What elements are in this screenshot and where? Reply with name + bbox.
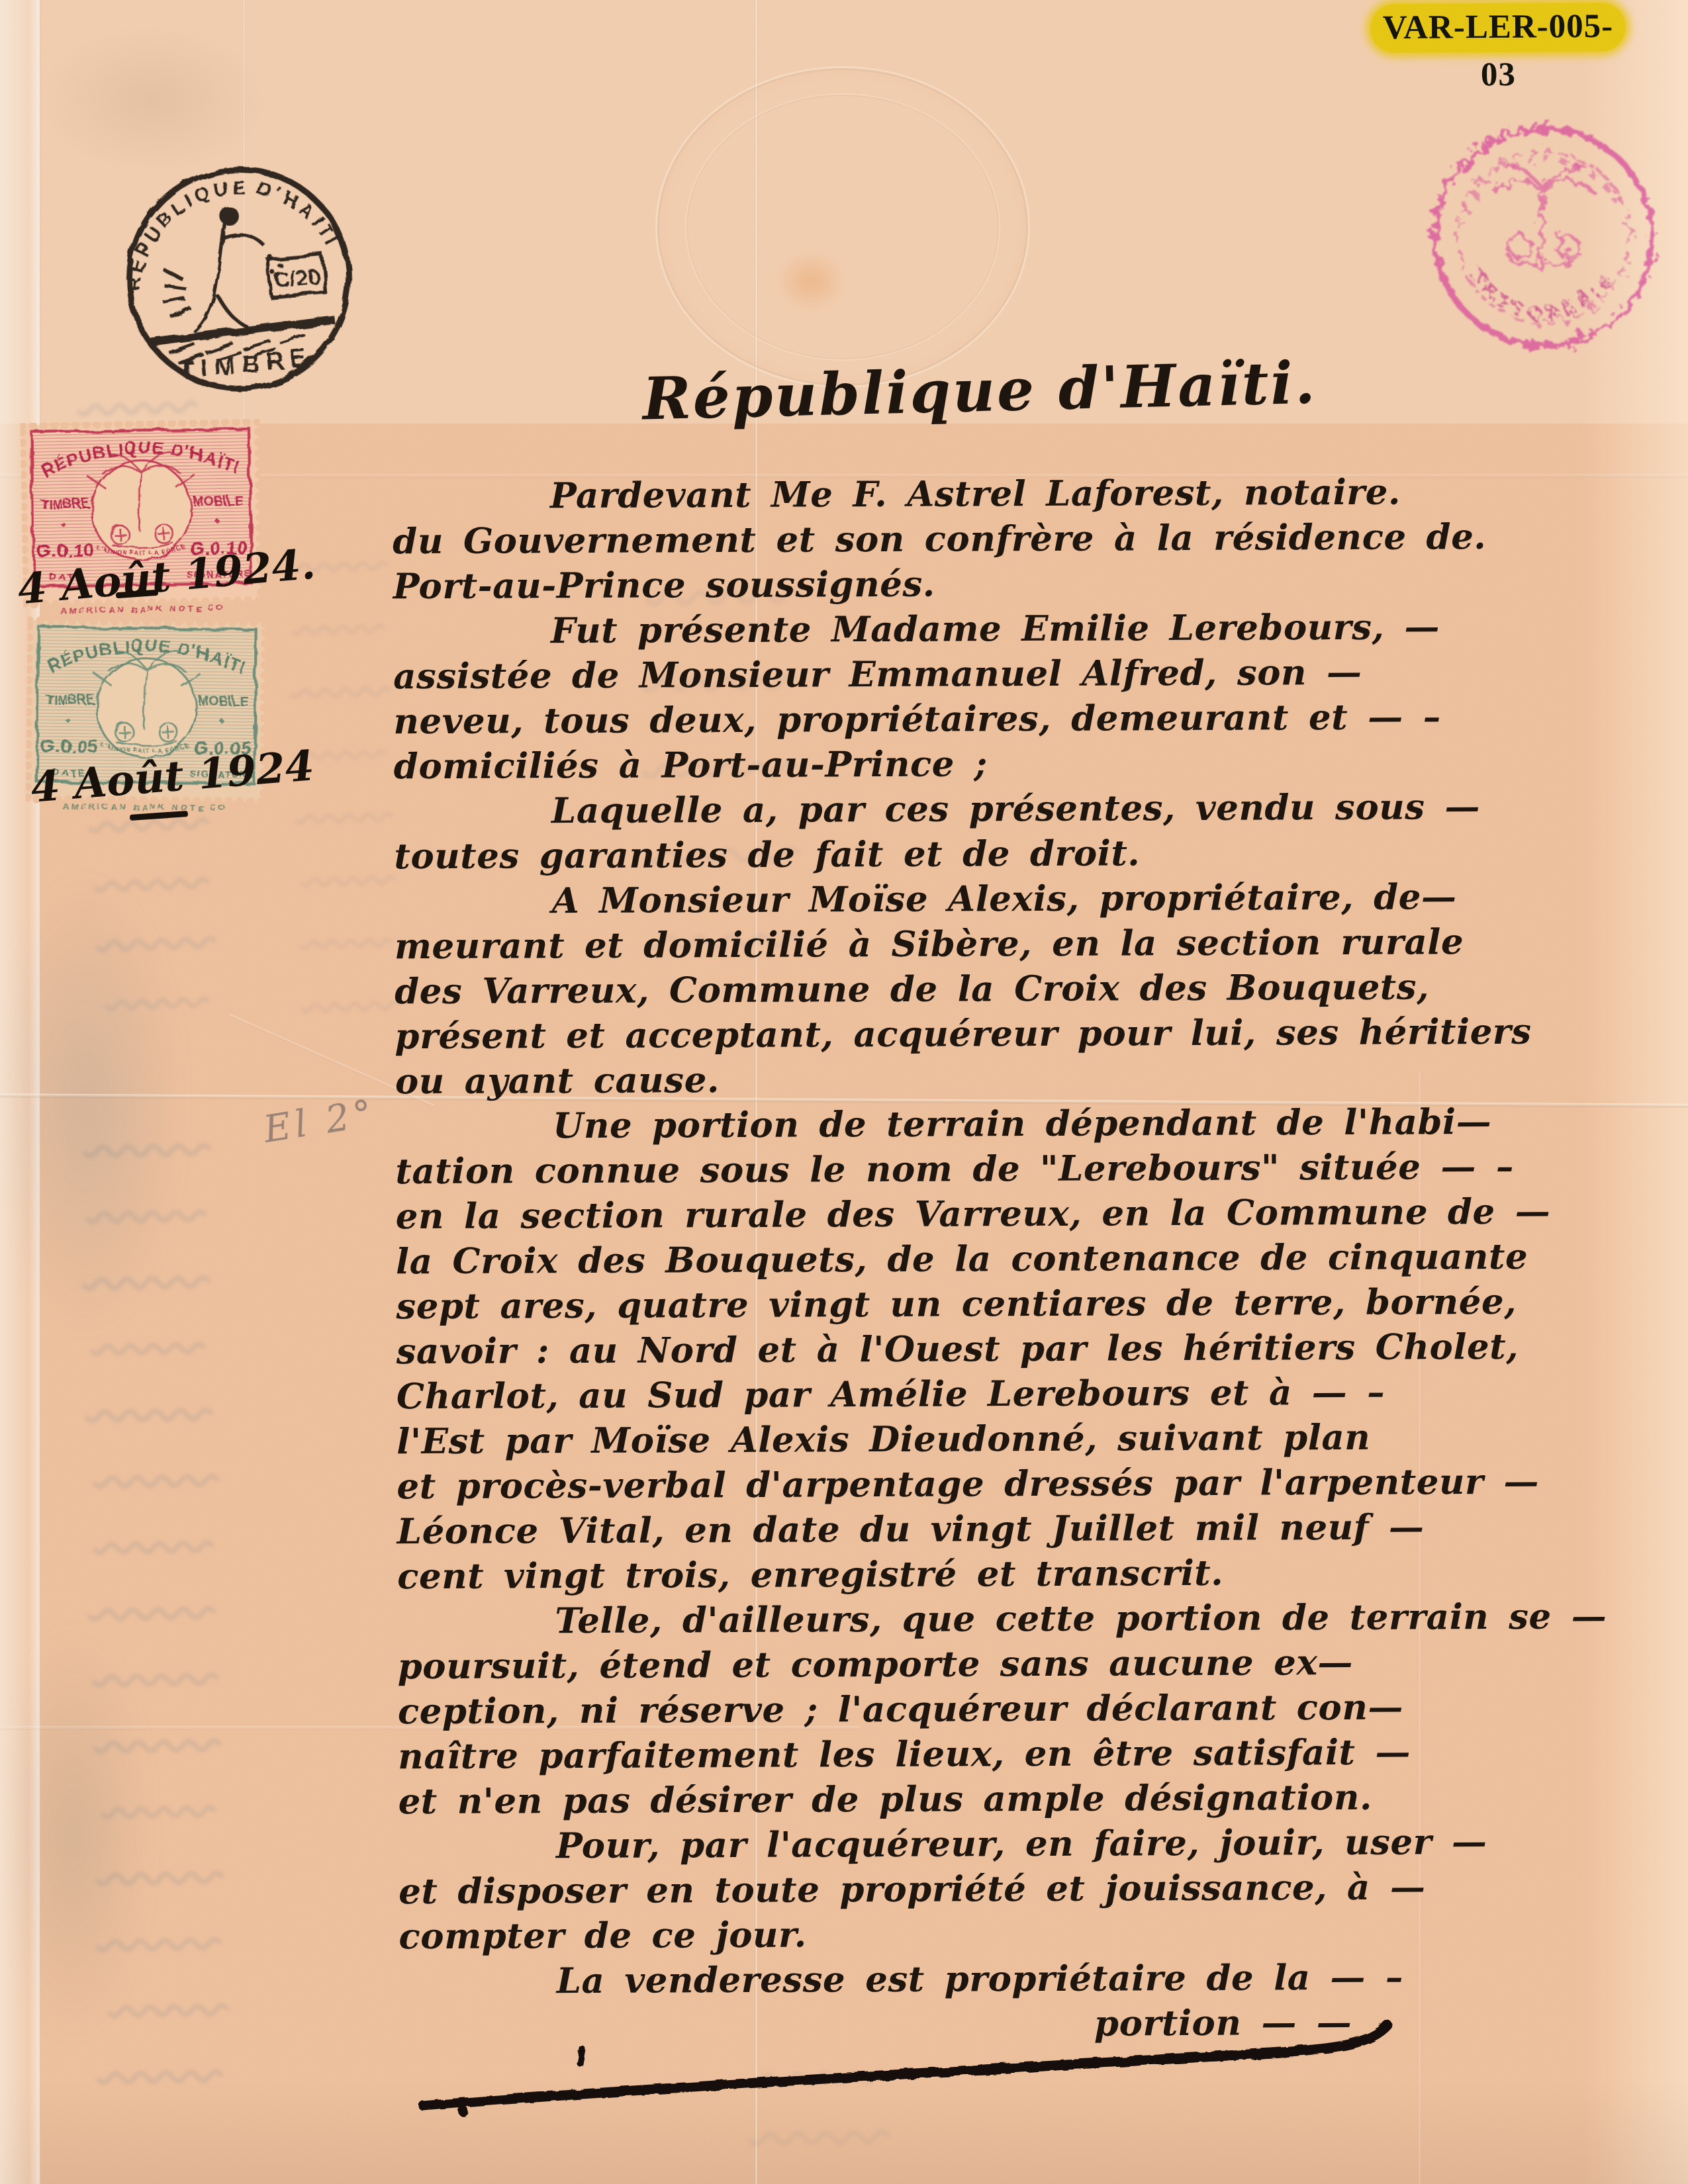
handwritten-line: présent et acceptant, acquéreur pour lui… bbox=[395, 1009, 1675, 1059]
handwritten-line: savoir : au Nord et à l'Ouest par les hé… bbox=[396, 1324, 1677, 1374]
handwritten-line: poursuit, étend et comporte sans aucune … bbox=[398, 1639, 1679, 1689]
handwritten-line: Fut présente Madame Emilie Lerebours, — bbox=[393, 604, 1674, 654]
deed-title: République d'Haïti. bbox=[549, 345, 1411, 435]
handwritten-line: cent vingt trois, enregistré et transcri… bbox=[397, 1549, 1678, 1599]
handwritten-line: Laquelle a, par ces présentes, vendu sou… bbox=[394, 784, 1675, 834]
handwritten-line: la Croix des Bouquets, de la contenance … bbox=[396, 1234, 1677, 1284]
handwritten-line: Telle, d'ailleurs, que cette portion de … bbox=[397, 1594, 1678, 1644]
handwritten-line: assistée de Monsieur Emmanuel Alfred, so… bbox=[393, 649, 1674, 699]
handwritten-line: Charlot, au Sud par Amélie Lerebours et … bbox=[397, 1369, 1677, 1419]
handwritten-line: naître parfaitement les lieux, en être s… bbox=[398, 1729, 1679, 1779]
handwritten-line: et n'en pas désirer de plus ample désign… bbox=[398, 1774, 1679, 1824]
handwritten-line: Une portion de terrain dépendant de l'ha… bbox=[395, 1099, 1676, 1149]
black-stamp-bottom-text: TIMBRE bbox=[177, 344, 316, 384]
handwritten-line: et disposer en toute propriété et jouiss… bbox=[399, 1864, 1679, 1914]
magenta-trésorerie-seal: TRESORERIE bbox=[1425, 118, 1663, 356]
handwritten-line: en la section rurale des Varreux, en la … bbox=[396, 1189, 1677, 1239]
handwritten-line: domiciliés à Port-au-Prince ; bbox=[394, 739, 1675, 789]
green-stamp-timbre-label: TIMBRE bbox=[45, 692, 95, 707]
handwritten-line: ou ayant cause. bbox=[395, 1054, 1676, 1104]
handwritten-line: portion — — bbox=[399, 1999, 1680, 2049]
handwritten-line: neveu, tous deux, propriétaires, demeura… bbox=[393, 694, 1674, 744]
tape-edge-strip bbox=[0, 0, 41, 2184]
handwritten-line: Pardevant Me F. Astrel Laforest, notaire… bbox=[393, 469, 1673, 519]
handwritten-line: meurant et domicilié à Sibère, en la sec… bbox=[395, 919, 1675, 969]
handwritten-line: Port-au-Prince soussignés. bbox=[393, 559, 1673, 609]
handwritten-line: du Gouvernement et son confrère à la rés… bbox=[393, 514, 1673, 564]
handwritten-line: tation connue sous le nom de "Lerebours"… bbox=[395, 1144, 1676, 1194]
handwritten-line: sept ares, quatre vingt un centiares de … bbox=[396, 1279, 1677, 1329]
black-timbre-ink-stamp: REPUBLIQUE D'HAITI C/20 TIMBRE bbox=[111, 151, 367, 406]
archival-code-label: VAR-LER-005-03 bbox=[1370, 3, 1626, 54]
embossed-seal bbox=[655, 66, 1030, 388]
pink-seal-text: TRESORERIE bbox=[1468, 267, 1619, 324]
handwritten-line: ception, ni réserve ; l'acquéreur déclar… bbox=[398, 1684, 1679, 1734]
handwritten-line: La venderesse est propriétaire de la — – bbox=[399, 1954, 1680, 2004]
handwritten-line: l'Est par Moïse Alexis Dieudonné, suivan… bbox=[397, 1414, 1677, 1464]
red-stamp-timbre-label: TIMBRE bbox=[40, 496, 89, 512]
scanned-notarial-deed-page: REPUBLIQUE D'HAITI C/20 TIMBRE bbox=[0, 0, 1688, 2184]
handwritten-line: toutes garanties de fait et de droit. bbox=[394, 829, 1675, 879]
bottom-shading bbox=[0, 2078, 1688, 2184]
pencil-annotation: El 2° bbox=[261, 1091, 379, 1152]
green-stamp-value-left: G.0.05 bbox=[40, 737, 99, 758]
deed-body-text: Pardevant Me F. Astrel Laforest, notaire… bbox=[393, 469, 1680, 2049]
handwritten-line: et procès-verbal d'arpentage dressés par… bbox=[397, 1459, 1677, 1509]
handwritten-line: Pour, par l'acquéreur, en faire, jouir, … bbox=[399, 1819, 1679, 1869]
bleed-through-ghost-text bbox=[258, 555, 404, 1087]
handwritten-line: des Varreux, Commune de la Croix des Bou… bbox=[395, 964, 1675, 1014]
black-stamp-value: C/20 bbox=[273, 264, 320, 292]
red-stamp-mobile-label: MOBILE bbox=[193, 494, 243, 509]
green-stamp-mobile-label: MOBILE bbox=[198, 694, 248, 709]
embossed-seal-inner-ring bbox=[685, 93, 1000, 361]
svg-text:TRESORERIE: TRESORERIE bbox=[1468, 267, 1619, 324]
bleed-through-ghost-text bbox=[31, 1137, 234, 2133]
handwritten-line: A Monsieur Moïse Alexis, propriétaire, d… bbox=[394, 874, 1675, 924]
handwritten-line: Léonce Vital, en date du vingt Juillet m… bbox=[397, 1504, 1678, 1554]
bleed-through-ghost-text bbox=[595, 2062, 994, 2167]
handwritten-line: compter de ce jour. bbox=[399, 1909, 1679, 1959]
